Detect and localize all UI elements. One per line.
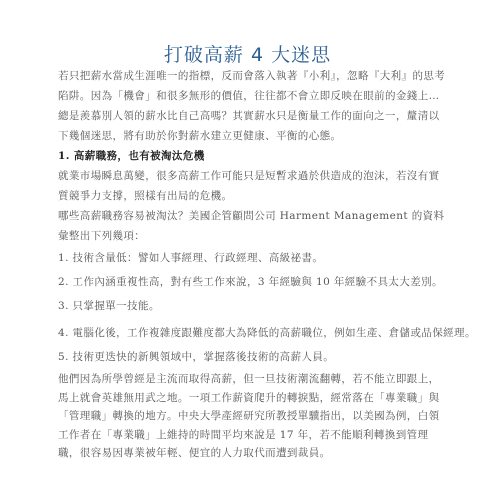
document-page: 打破高薪 4 大迷思 若只把薪水當成生涯唯一的指標，反而會落入執著『小利』，忽略…	[0, 0, 495, 495]
section-heading: 1. 高薪職務，也有被淘汰危機	[58, 148, 205, 163]
list-item: 2. 工作內涵重複性高，對有些工作來說，3 年經驗與 10 年經驗不具太大差別。	[58, 274, 443, 289]
list-item: 3. 只掌握單一技能。	[58, 298, 160, 313]
list-item: 1. 技術含量低：譬如人事經理、行政經理、高級祕書。	[58, 250, 323, 265]
list-item: 5. 技術更迭快的新興領域中，掌握落後技術的高薪人員。	[58, 349, 334, 364]
intro-paragraph-2: 總是羨慕別人領的薪水比自己高嗎？其實薪水只是衡量工作的面向之一，釐清以下幾個迷思…	[58, 106, 448, 146]
intro-paragraph: 若只把薪水當成生涯唯一的指標，反而會落入執著『小利』，忽略『大利』的思考陷阱。因…	[58, 66, 448, 106]
section-paragraph: 就業市場瞬息萬變，很多高薪工作可能只是短暫求過於供造成的泡沫，若沒有實質競爭力支…	[58, 166, 448, 206]
closing-paragraph: 他們因為所學曾經是主流而取得高薪，但一旦技術潮流翻轉，若不能立即跟上，馬上就會英…	[58, 370, 448, 463]
section-paragraph-2: 哪些高薪職務容易被淘汰？美國企管顧問公司 Harment Management …	[58, 206, 448, 246]
list-item: 4. 電腦化後，工作複雜度跟難度都大為降低的高薪職位，例如生產、倉儲或品保經理。	[58, 325, 476, 340]
document-title: 打破高薪 4 大迷思	[0, 44, 495, 66]
